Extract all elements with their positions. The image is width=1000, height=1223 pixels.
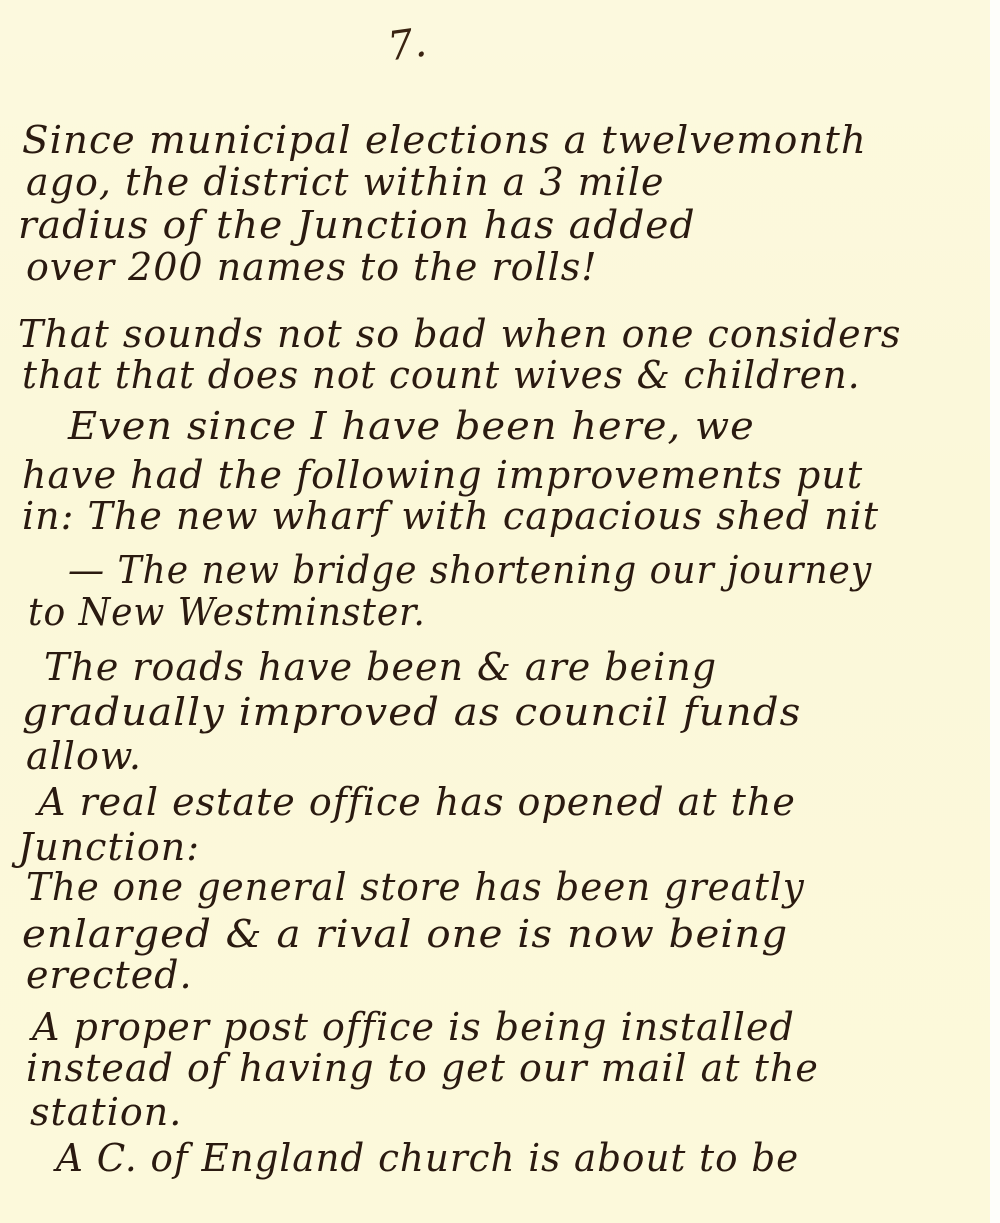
letter-page: 7. Since municipal elections a twelvemon… [0,0,990,1223]
text-line: The one general store has been greatly [26,865,805,909]
text-line: erected. [26,953,193,997]
text-line: gradually improved as council funds [22,690,801,734]
text-line: The roads have been & are being [44,645,717,689]
text-line: instead of having to get our mail at the [26,1046,819,1090]
text-line: radius of the Junction has added [18,203,696,247]
text-line: station. [30,1090,182,1134]
text-line: A real estate office has opened at the [38,780,796,824]
text-line: to New Westminster. [28,590,426,634]
text-line: That sounds not so bad when one consider… [18,312,901,356]
text-line: A proper post office is being installed [32,1005,795,1049]
text-line: that that does not count wives & childre… [22,353,861,397]
text-line: ago, the district within a 3 mile [26,160,664,204]
text-line: Even since I have been here, we [68,404,755,448]
text-line: in: The new wharf with capacious shed ni… [22,494,879,538]
text-line: allow. [26,734,142,778]
page-number: 7. [385,20,429,71]
text-line: A C. of England church is about to be [56,1136,799,1180]
text-line: over 200 names to the rolls! [26,245,598,289]
text-line: Since municipal elections a twelvemonth [22,118,867,162]
text-line: Junction: [18,825,200,869]
text-line: — The new bridge shortening our journey [68,548,872,592]
text-line: enlarged & a rival one is now being [22,912,788,956]
text-line: have had the following improvements put [22,453,863,497]
page-edge [990,0,1000,1223]
